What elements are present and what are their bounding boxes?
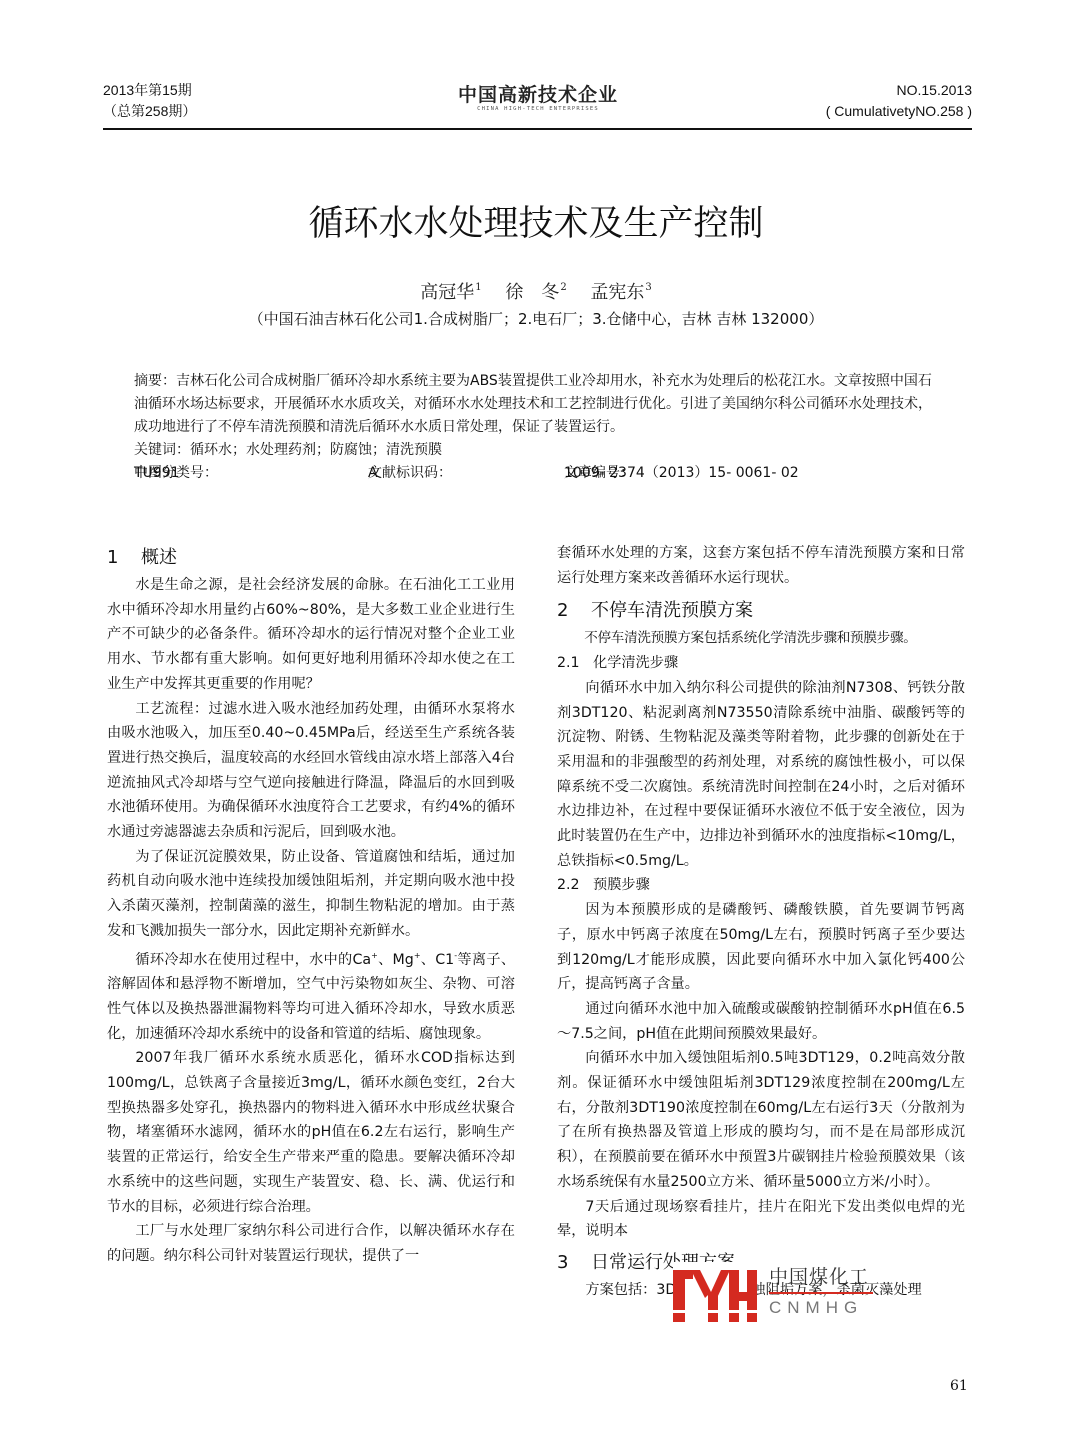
- abstract: 摘要：吉林石化公司合成树脂厂循环冷却水系统主要为ABS装置提供工业冷却用水，补充…: [134, 370, 944, 439]
- paragraph: 水是生命之源，是社会经济发展的命脉。在石油化工工业用水中循环冷却水用量约占60%…: [107, 573, 515, 697]
- paragraph: 循环冷却水在使用过程中，水中的Ca+、Mg+、C1-等离子、溶解固体和悬浮物不断…: [107, 944, 515, 1047]
- cumulative-issue: （总第258期）: [103, 101, 196, 122]
- paragraph: 7天后通过现场察看挂片，挂片在阳光下发出类似电焊的光晕，说明本: [557, 1195, 965, 1244]
- abstract-text: 吉林石化公司合成树脂厂循环冷却水系统主要为ABS装置提供工业冷却用水，补充水为处…: [134, 373, 932, 435]
- author: 高冠华1: [420, 282, 481, 303]
- journal-logo: 中国高新技术企业 CHINA HIGH-TECH ENTERPRISES: [458, 84, 618, 113]
- watermark-logo: 中国煤化工 CNMHG: [673, 1262, 883, 1322]
- classification-row: 中图分类号：TU991 文献标识码：A 文章编号：1009- 2374（2013…: [134, 462, 944, 485]
- paragraph: 因为本预膜形成的是磷酸钙、磷酸铁膜，首先要调节钙离子，原水中钙离子浓度在50mg…: [557, 898, 965, 997]
- watermark-en: CNMHG: [769, 1297, 863, 1319]
- paragraph: 通过向循环水池中加入硫酸或碳酸钠控制循环水pH值在6.5～7.5之间，pH值在此…: [557, 997, 965, 1046]
- issue-number: 2013年第15期: [103, 80, 196, 101]
- right-column: 套循环水处理的方案，这套方案包括不停车清洗预膜方案和日常运行处理方案来改善循环水…: [557, 541, 965, 1303]
- page-number: 61: [950, 1378, 968, 1394]
- section-heading-1: 1概述: [107, 545, 515, 571]
- watermark-divider: [769, 1292, 873, 1294]
- subsection-heading-2-1: 2.1化学清洗步骤: [557, 651, 965, 676]
- issue-number-en: NO.15.2013: [826, 80, 972, 101]
- journal-logo-cn: 中国高新技术企业: [458, 84, 618, 106]
- watermark-cn: 中国煤化工: [769, 1266, 869, 1288]
- issue-info-en: NO.15.2013 ( CumulativetyNO.258 ): [826, 80, 972, 122]
- affiliation: （中国石油吉林石化公司1.合成树脂厂；2.电石厂；3.仓储中心，吉林 吉林 13…: [0, 307, 1072, 331]
- paragraph: 向循环水中加入纳尔科公司提供的除油剂N7308、钙铁分散剂3DT120、粘泥剥离…: [557, 676, 965, 874]
- issue-info: 2013年第15期 （总第258期）: [103, 80, 196, 122]
- journal-logo-en: CHINA HIGH-TECH ENTERPRISES: [458, 106, 618, 113]
- cumulative-issue-en: ( CumulativetyNO.258 ): [826, 101, 972, 122]
- article-title: 循环水水处理技术及生产控制: [0, 200, 1072, 248]
- paragraph: 套循环水处理的方案，这套方案包括不停车清洗预膜方案和日常运行处理方案来改善循环水…: [557, 541, 965, 590]
- keywords: 关键词：循环水；水处理药剂；防腐蚀；清洗预膜: [134, 439, 944, 462]
- section-heading-2: 2不停车清洗预膜方案: [557, 598, 965, 624]
- paragraph: 工艺流程：过滤水进入吸水池经加药处理，由循环水泵将水由吸水池吸入，加压至0.40…: [107, 697, 515, 845]
- author: 徐 冬2: [505, 282, 566, 303]
- paragraph: 不停车清洗预膜方案包括系统化学清洗步骤和预膜步骤。: [557, 626, 965, 651]
- watermark-yh-icon: [673, 1262, 757, 1322]
- author: 孟宪东3: [590, 282, 651, 303]
- left-column: 1概述 水是生命之源，是社会经济发展的命脉。在石油化工工业用水中循环冷却水用量约…: [107, 541, 515, 1269]
- author-list: 高冠华1 徐 冬2 孟宪东3: [0, 275, 1072, 306]
- abstract-label: 摘要：: [134, 373, 176, 389]
- abstract-block: 摘要：吉林石化公司合成树脂厂循环冷却水系统主要为ABS装置提供工业冷却用水，补充…: [134, 370, 944, 485]
- paragraph: 向循环水中加入缓蚀阻垢剂0.5吨3DT129，0.2吨高效分散剂。保证循环水中缓…: [557, 1046, 965, 1194]
- subsection-heading-2-2: 2.2预膜步骤: [557, 873, 965, 898]
- paragraph: 2007年我厂循环水系统水质恶化，循环水COD指标达到100mg/L，总铁离子含…: [107, 1046, 515, 1219]
- paragraph: 为了保证沉淀膜效果，防止设备、管道腐蚀和结垢，通过加药机自动向吸水池中连续投加缓…: [107, 845, 515, 944]
- paragraph: 工厂与水处理厂家纳尔科公司进行合作，以解决循环水存在的问题。纳尔科公司针对装置运…: [107, 1219, 515, 1268]
- header-rule: [103, 128, 972, 130]
